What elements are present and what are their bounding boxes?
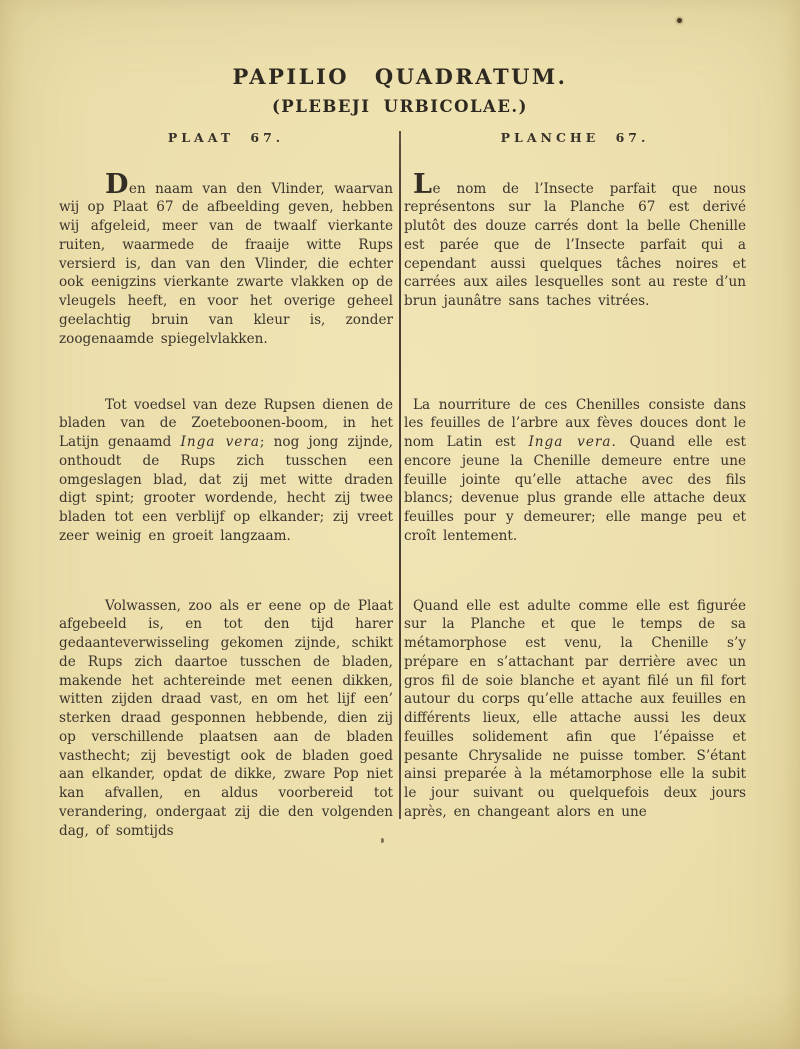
species-name-italic: Inga vera. [528,434,616,450]
book-page: { "page": { "title": "PAPILIO QUADRATUM.… [0,0,800,1049]
page-subtitle: (PLEBEJI URBICOLAE.) [0,97,800,116]
dutch-paragraph-1: Den naam van den Vlinder, waarvan wij op… [59,180,393,349]
french-paragraph-2: La nourriture de ces Chenilles consiste … [404,396,746,546]
dutch-paragraph-2: Tot voedsel van deze Rupsen dienen de bl… [59,396,393,546]
ink-speck [677,18,682,23]
dutch-paragraph-3: Volwassen, zoo als er eene op de Plaat a… [59,597,393,841]
paragraph-text: e nom de l’Insecte parfait que nous repr… [404,181,746,310]
plate-header-dutch: PLAAT 67. [59,130,393,145]
paragraph-text: en naam van den Vlinder, waarvan wij op … [59,181,393,347]
paragraph-text: ; nog jong zijnde, onthoudt de Rups zich… [59,434,393,544]
paragraph-text: Volwassen, zoo als er eene op de Plaat a… [59,598,393,839]
french-column: PLANCHE 67. Le nom de l’Insecte parfait … [404,130,746,870]
drop-cap-initial: L [413,169,432,200]
paragraph-text: Quand elle est encore jeune la Chenille … [404,434,746,544]
page-title: PAPILIO QUADRATUM. [0,64,800,89]
dutch-column: PLAAT 67. Den naam van den Vlinder, waar… [59,130,393,870]
french-paragraph-3: Quand elle est adulte comme elle est fig… [404,597,746,822]
french-paragraph-1: Le nom de l’Insecte parfait que nous rep… [404,180,746,311]
two-column-text-block: PLAAT 67. Den naam van den Vlinder, waar… [0,130,800,870]
plate-header-french: PLANCHE 67. [404,130,746,145]
drop-cap-initial: D [105,169,129,200]
species-name-italic: Inga vera [181,434,260,450]
paragraph-text: Quand elle est adulte comme elle est fig… [404,598,746,820]
